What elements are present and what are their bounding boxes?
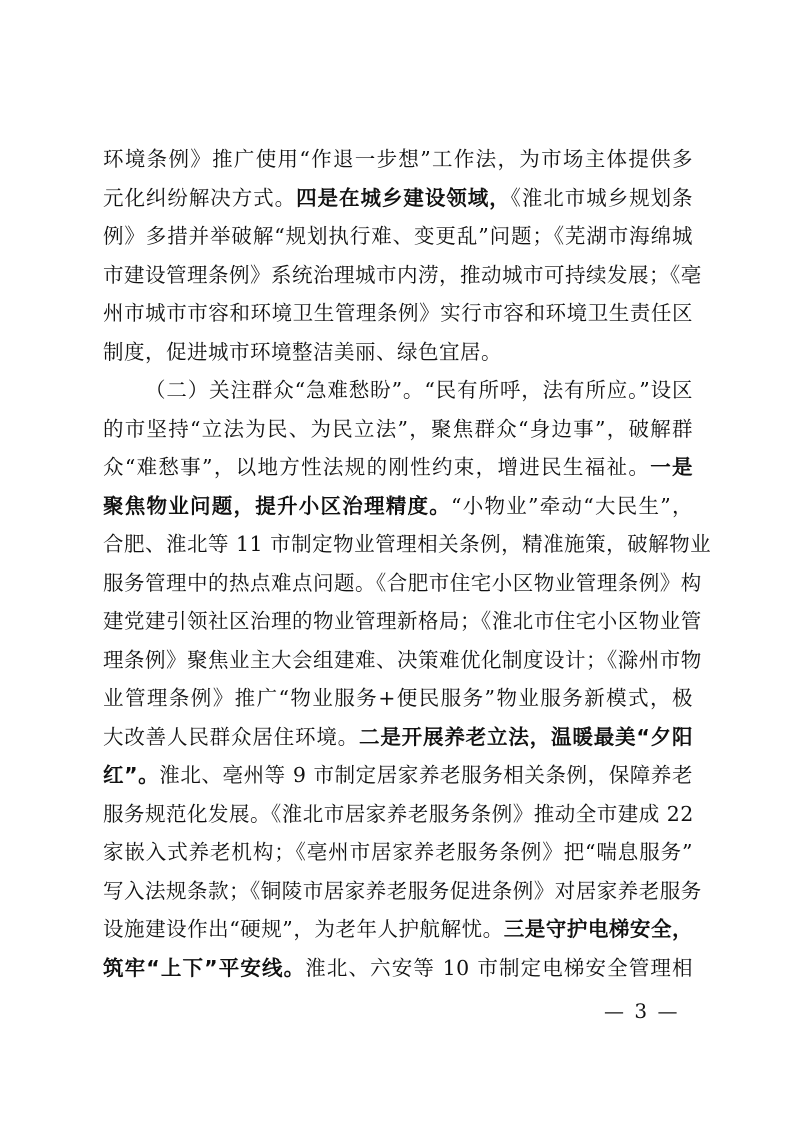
body-text: 大改善人民群众居住环境。	[103, 725, 359, 749]
body-text: 环境条例》推广使用“作退一步想”工作法，为市场主体提供多	[103, 147, 693, 171]
body-text: 《淮北市城乡规划条	[511, 186, 693, 210]
body-text: 家嵌入式养老机构；《亳州市居家养老服务条例》把“喘息服务”	[103, 840, 693, 864]
text-line: 服务规范化发展。《淮北市居家养老服务条例》推动全市建成 22	[103, 795, 693, 834]
body-text: 市建设管理条例》系统治理城市内涝，推动城市可持续发展；《亳	[103, 263, 702, 287]
body-text: 合肥、淮北等 11 市制定物业管理相关条例，精准施策，破解物业	[103, 532, 711, 556]
bold-heading-text: 筑牢“上下”平安线。	[103, 956, 305, 980]
text-line: 筑牢“上下”平安线。淮北、六安等 10 市制定电梯安全管理相	[103, 949, 693, 988]
bold-heading-text: 四是在城乡建设领域，	[296, 186, 511, 210]
body-text: 淮北、六安等 10 市制定电梯安全管理相	[305, 956, 693, 980]
bold-heading-text: 二是开展养老立法，温暖最美“夕阳	[359, 725, 693, 749]
body-text: 制度，促进城市环境整洁美丽、绿色宜居。	[103, 340, 502, 364]
bold-heading-text: 聚焦物业问题，提升小区治理精度。	[103, 494, 451, 518]
page-number: — 3 —	[604, 998, 679, 1024]
body-text: 例》多措并举破解“规划执行难、变更乱”问题；《芜湖市海绵城	[103, 224, 693, 248]
text-line: 制度，促进城市环境整洁美丽、绿色宜居。	[103, 333, 693, 372]
text-line: 建党建引领社区治理的物业管理新格局；《淮北市住宅小区物业管	[103, 602, 693, 641]
body-text: 州市城市市容和环境卫生管理条例》实行市容和环境卫生责任区	[103, 301, 693, 325]
text-line: 环境条例》推广使用“作退一步想”工作法，为市场主体提供多	[103, 140, 693, 179]
body-text: 建党建引领社区治理的物业管理新格局；《淮北市住宅小区物业管	[103, 609, 702, 633]
text-line: 设施建设作出“硬规”，为老年人护航解忧。三是守护电梯安全，	[103, 910, 693, 949]
text-line: 写入法规条款；《铜陵市居家养老服务促进条例》对居家养老服务	[103, 872, 693, 911]
body-text: 众“难愁事”，以地方性法规的刚性约束，增进民生福祉。	[103, 455, 650, 479]
body-text: 写入法规条款；《铜陵市居家养老服务促进条例》对居家养老服务	[103, 879, 702, 903]
body-text: “小物业”牵动“大民生”，	[451, 494, 693, 518]
text-line: 例》多措并举破解“规划执行难、变更乱”问题；《芜湖市海绵城	[103, 217, 693, 256]
paragraph-start-line: （二）关注群众“急难愁盼”。“民有所呼，法有所应。”设区	[103, 371, 693, 410]
document-body: 环境条例》推广使用“作退一步想”工作法，为市场主体提供多元化纠纷解决方式。四是在…	[103, 140, 693, 987]
text-line: 业管理条例》推广“物业服务+便民服务”物业服务新模式，极	[103, 679, 693, 718]
body-text: 元化纠纷解决方式。	[103, 186, 296, 210]
body-text: 淮北、亳州等 9 市制定居家养老服务相关条例，保障养老	[159, 763, 693, 787]
body-text: （二）关注群众“急难愁盼”。“民有所呼，法有所应。”设区	[145, 378, 693, 402]
bold-heading-text: 三是守护电梯安全，	[504, 917, 693, 941]
bold-heading-text: 红”。	[103, 763, 159, 787]
text-line: 州市城市市容和环境卫生管理条例》实行市容和环境卫生责任区	[103, 294, 693, 333]
text-line: 家嵌入式养老机构；《亳州市居家养老服务条例》把“喘息服务”	[103, 833, 693, 872]
body-text: 业管理条例》推广“物业服务+便民服务”物业服务新模式，极	[103, 686, 693, 710]
text-line: 市建设管理条例》系统治理城市内涝，推动城市可持续发展；《亳	[103, 256, 693, 295]
text-line: 合肥、淮北等 11 市制定物业管理相关条例，精准施策，破解物业	[103, 525, 693, 564]
body-text: 服务规范化发展。《淮北市居家养老服务条例》推动全市建成 22	[103, 802, 694, 826]
text-line: 元化纠纷解决方式。四是在城乡建设领域，《淮北市城乡规划条	[103, 179, 693, 218]
text-line: 大改善人民群众居住环境。二是开展养老立法，温暖最美“夕阳	[103, 718, 693, 757]
text-line: 众“难愁事”，以地方性法规的刚性约束，增进民生福祉。一是	[103, 448, 693, 487]
body-text: 的市坚持“立法为民、为民立法”，聚焦群众“身边事”，破解群	[103, 417, 693, 441]
text-line: 聚焦物业问题，提升小区治理精度。“小物业”牵动“大民生”，	[103, 487, 693, 526]
text-line: 的市坚持“立法为民、为民立法”，聚焦群众“身边事”，破解群	[103, 410, 693, 449]
text-line: 服务管理中的热点难点问题。《合肥市住宅小区物业管理条例》构	[103, 564, 693, 603]
body-text: 服务管理中的热点难点问题。《合肥市住宅小区物业管理条例》构	[103, 571, 702, 595]
text-line: 理条例》聚焦业主大会组建难、决策难优化制度设计；《滁州市物	[103, 641, 693, 680]
text-line: 红”。淮北、亳州等 9 市制定居家养老服务相关条例，保障养老	[103, 756, 693, 795]
bold-heading-text: 一是	[650, 455, 693, 479]
body-text: 理条例》聚焦业主大会组建难、决策难优化制度设计；《滁州市物	[103, 648, 702, 672]
body-text: 设施建设作出“硬规”，为老年人护航解忧。	[103, 917, 504, 941]
